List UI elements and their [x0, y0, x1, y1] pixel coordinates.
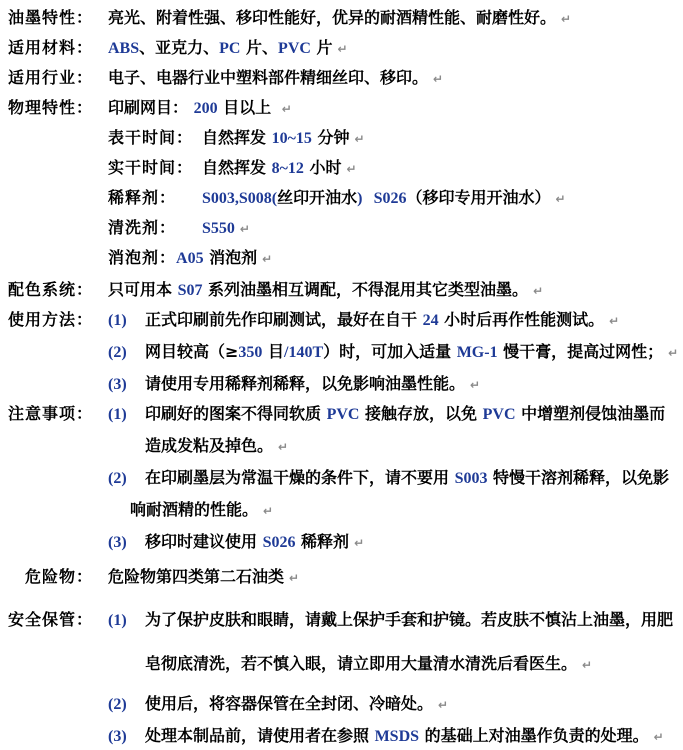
paragraph-mark-icon: ↵	[354, 132, 364, 146]
row-defoamer: 消泡剂：A05 消泡剂↵	[0, 248, 683, 280]
row-precautions-2-cont: 响耐酒精的性能。↵	[0, 500, 683, 532]
latin-text: S003	[455, 470, 488, 487]
paragraph-mark-icon: ↵	[240, 222, 250, 236]
row-physical-properties-mesh: 物理特性：印刷网目： 200 目以上 ↵	[0, 98, 683, 128]
latin-text: MG-1	[457, 344, 498, 361]
paragraph-mark-icon: ↵	[433, 72, 443, 86]
latin-text: ABS	[108, 40, 139, 57]
row-surface-dry-time: 表干时间：自然挥发 10~15 分钟↵	[0, 128, 683, 158]
paragraph-mark-icon: ↵	[346, 162, 356, 176]
latin-text: S026	[374, 190, 407, 207]
latin-text: 8~12	[272, 160, 304, 177]
latin-text: S003,S008(	[202, 190, 277, 207]
field-label: 使用方法：	[8, 310, 93, 330]
row-precautions-1-cont: 造成发粘及掉色。↵	[0, 436, 683, 468]
sub-field-label: 稀释剂：	[108, 188, 202, 208]
latin-text: S026	[263, 534, 296, 551]
line-text: S550	[202, 218, 235, 237]
list-number: (2)	[108, 695, 145, 715]
latin-text: PVC	[483, 406, 516, 423]
field-label: 危险物：	[25, 567, 93, 587]
sub-field-label: 清洗剂：	[108, 218, 202, 238]
paragraph-mark-icon: ↵	[556, 192, 566, 206]
line-text: 响耐酒精的性能。	[130, 500, 258, 519]
latin-text: 200	[194, 100, 218, 117]
row-usage-method-2: (2)网目较高（≥350 目/140T）时，可加入适量 MG-1 慢干膏，提高过…	[0, 342, 683, 374]
line-text: 在印刷墨层为常温干燥的条件下，请不要用 S003 特慢干溶剂稀释，以免影	[145, 468, 669, 487]
list-number: (1)	[108, 311, 145, 331]
latin-text: PVC	[278, 40, 311, 57]
line-text: 危险物第四类第二石油类	[108, 567, 284, 586]
line-text: 处理本制品前，请使用者在参照 MSDS 的基础上对油墨作负责的处理。	[145, 726, 649, 745]
paragraph-mark-icon: ↵	[263, 504, 273, 518]
line-text: 只可用本 S07 系列油墨相互调配，不得混用其它类型油墨。	[108, 280, 528, 299]
paragraph-mark-icon: ↵	[609, 314, 619, 328]
line-text: 电子、电器行业中塑料部件精细丝印、移印。	[108, 68, 428, 87]
paragraph-mark-icon: ↵	[533, 284, 543, 298]
latin-text: 10~15	[272, 130, 312, 147]
list-number: (1)	[108, 405, 145, 425]
latin-text: MSDS	[375, 728, 419, 745]
paragraph-mark-icon: ↵	[470, 378, 480, 392]
row-safety-storage-2: (2)使用后，将容器保管在全封闭、冷暗处。↵	[0, 694, 683, 726]
list-number: (2)	[108, 343, 145, 363]
line-text: 为了保护皮肤和眼睛，请戴上保护手套和护镜。若皮肤不慎沾上油墨，用肥	[145, 610, 673, 629]
latin-text: S550	[202, 220, 235, 237]
latin-text: 24	[423, 312, 439, 329]
paragraph-mark-icon: ↵	[262, 252, 272, 266]
latin-text: PVC	[327, 406, 360, 423]
row-color-matching-system: 配色系统：只可用本 S07 系列油墨相互调配，不得混用其它类型油墨。↵	[0, 280, 683, 310]
latin-text: S07	[178, 282, 203, 299]
row-thinner: 稀释剂：S003,S008(丝印开油水) S026（移印专用开油水）↵	[0, 188, 683, 218]
line-text: ABS、亚克力、PC 片、PVC 片	[108, 38, 333, 57]
row-applicable-industries: 适用行业：电子、电器行业中塑料部件精细丝印、移印。↵	[0, 68, 683, 98]
row-precautions-2: (2)在印刷墨层为常温干燥的条件下，请不要用 S003 特慢干溶剂稀释，以免影	[0, 468, 683, 500]
paragraph-mark-icon: ↵	[338, 42, 348, 56]
list-number: (1)	[108, 611, 145, 631]
latin-text: /140T	[284, 344, 323, 361]
line-text: 亮光、附着性强、移印性能好，优异的耐酒精性能、耐磨性好。	[108, 8, 556, 27]
paragraph-mark-icon: ↵	[354, 536, 364, 550]
row-usage-method-1: 使用方法：(1)正式印刷前先作印刷测试，最好在自干 24 小时后再作性能测试。↵	[0, 310, 683, 342]
row-hard-dry-time: 实干时间：自然挥发 8~12 小时↵	[0, 158, 683, 188]
row-cleaner: 清洗剂：S550↵	[0, 218, 683, 248]
line-text: 自然挥发 10~15 分钟	[202, 128, 349, 147]
row-safety-storage-1-cont: 皂彻底清洗，若不慎入眼，请立即用大量清水清洗后看医生。↵	[0, 654, 683, 694]
paragraph-mark-icon: ↵	[438, 698, 448, 712]
line-text: 请使用专用稀释剂稀释，以免影响油墨性能。	[145, 374, 465, 393]
field-label: 适用材料：	[8, 38, 93, 58]
line-text: 皂彻底清洗，若不慎入眼，请立即用大量清水清洗后看医生。	[145, 654, 577, 673]
line-text: 造成发粘及掉色。	[145, 436, 273, 455]
row-ink-characteristics: 油墨特性：亮光、附着性强、移印性能好，优异的耐酒精性能、耐磨性好。↵	[0, 8, 683, 38]
row-safety-storage-3: (3)处理本制品前，请使用者在参照 MSDS 的基础上对油墨作负责的处理。↵	[0, 726, 683, 750]
line-text: 使用后，将容器保管在全封闭、冷暗处。	[145, 694, 433, 713]
row-usage-method-3: (3)请使用专用稀释剂稀释，以免影响油墨性能。↵	[0, 374, 683, 404]
paragraph-mark-icon: ↵	[654, 730, 664, 744]
field-label: 安全保管：	[8, 610, 93, 630]
row-precautions-1: 注意事项：(1)印刷好的图案不得同软质 PVC 接触存放，以免 PVC 中增塑剂…	[0, 404, 683, 436]
list-number: (3)	[108, 533, 145, 553]
ink-datasheet-document: 油墨特性：亮光、附着性强、移印性能好，优异的耐酒精性能、耐磨性好。↵适用材料：A…	[0, 0, 683, 750]
row-safety-storage-1: 安全保管：(1)为了保护皮肤和眼睛，请戴上保护手套和护镜。若皮肤不慎沾上油墨，用…	[0, 610, 683, 654]
latin-text: A05	[176, 250, 204, 267]
field-label: 适用行业：	[8, 68, 93, 88]
line-text: S003,S008(丝印开油水) S026（移印专用开油水）	[202, 188, 551, 207]
line-text: 自然挥发 8~12 小时	[202, 158, 341, 177]
list-number: (3)	[108, 727, 145, 747]
paragraph-mark-icon: ↵	[582, 658, 592, 672]
row-hazard-class: 危险物：危险物第四类第二石油类↵	[0, 567, 683, 610]
field-label: 注意事项：	[8, 404, 93, 424]
latin-text: )	[357, 190, 362, 207]
paragraph-mark-icon: ↵	[282, 102, 292, 116]
paragraph-mark-icon: ↵	[289, 571, 299, 585]
paragraph-mark-icon: ↵	[561, 12, 571, 26]
paragraph-mark-icon: ↵	[278, 440, 288, 454]
line-text: A05 消泡剂	[176, 248, 257, 267]
line-text: 正式印刷前先作印刷测试，最好在自干 24 小时后再作性能测试。	[145, 310, 604, 329]
latin-text: PC	[219, 40, 240, 57]
row-applicable-materials: 适用材料：ABS、亚克力、PC 片、PVC 片↵	[0, 38, 683, 68]
sub-field-label: 表干时间：	[108, 128, 202, 148]
row-precautions-3: (3)移印时建议使用 S026 稀释剂↵	[0, 532, 683, 567]
field-label: 配色系统：	[8, 280, 93, 300]
line-text: 网目较高（≥350 目/140T）时，可加入适量 MG-1 慢干膏，提高过网性；	[145, 342, 663, 361]
field-label: 油墨特性：	[8, 8, 93, 28]
line-text: 印刷好的图案不得同软质 PVC 接触存放，以免 PVC 中增塑剂侵蚀油墨而	[145, 404, 665, 423]
latin-text: 350	[238, 344, 262, 361]
sub-field-label: 实干时间：	[108, 158, 202, 178]
line-text: 印刷网目： 200 目以上	[108, 98, 277, 117]
paragraph-mark-icon: ↵	[668, 346, 678, 360]
line-text: 移印时建议使用 S026 稀释剂	[145, 532, 349, 551]
list-number: (2)	[108, 469, 145, 489]
field-label: 物理特性：	[8, 98, 93, 118]
list-number: (3)	[108, 375, 145, 395]
sub-field-label: 消泡剂：	[108, 248, 176, 268]
